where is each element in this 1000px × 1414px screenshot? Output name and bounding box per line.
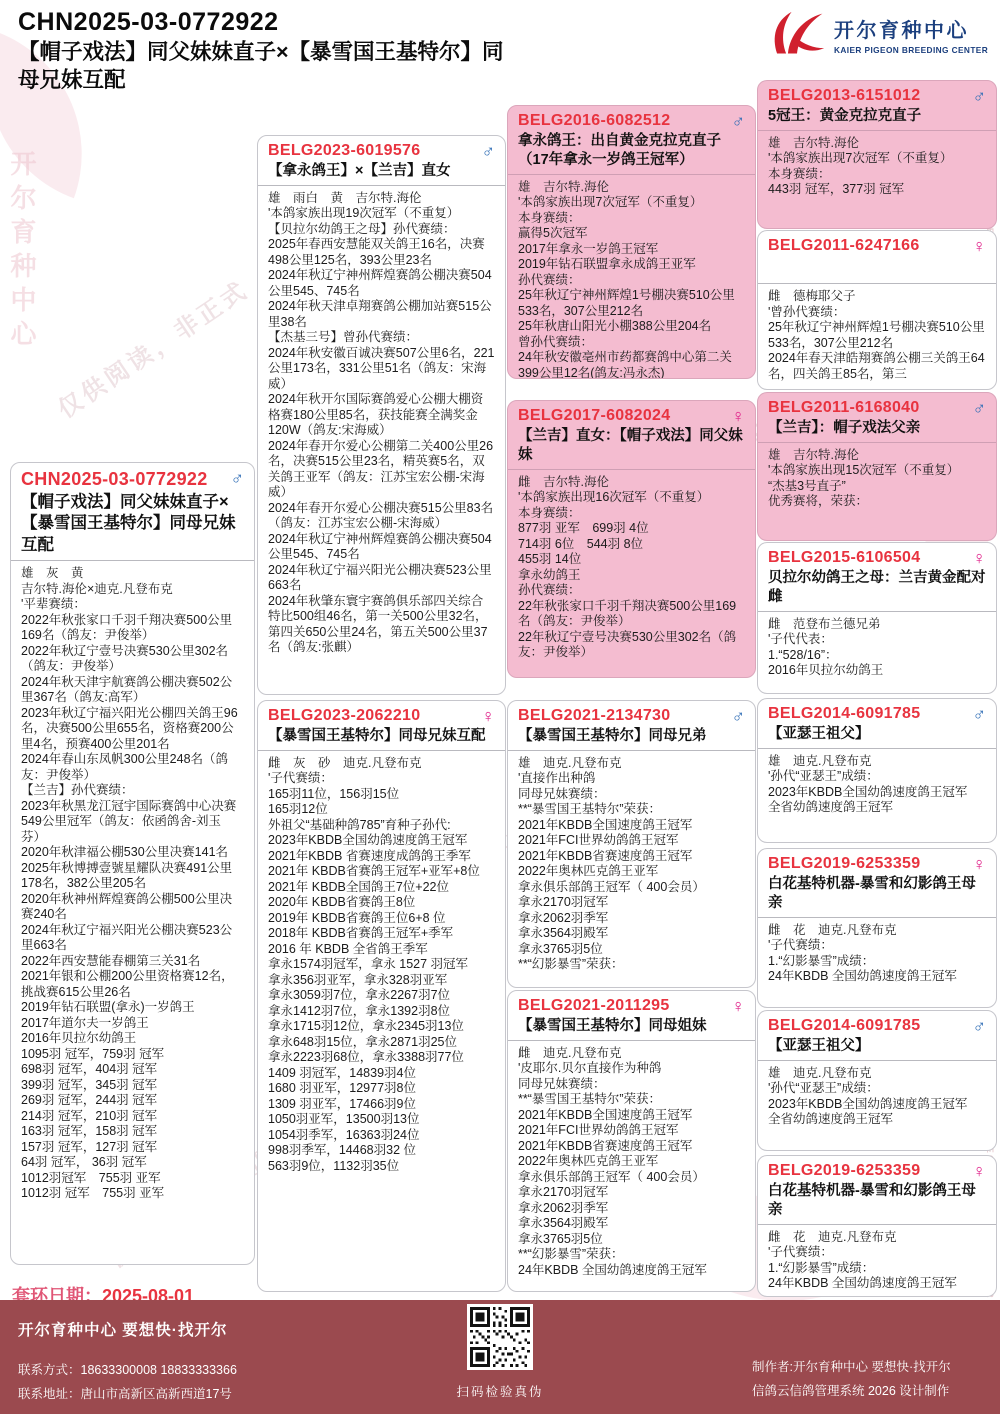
card-title: 拿永鸽王：出自黄金克拉克直子（17年拿永一岁鸽王冠军）	[518, 132, 745, 170]
card-body: 雄 迪克.凡登布克 '直接作出种鸽 同母兄妹赛绩： **“暴雪国王基特尔”荣获：…	[508, 750, 755, 979]
qr-label: 扫码检验真伪	[430, 1382, 570, 1400]
male-icon: ♂	[973, 399, 987, 417]
ring-number: BELG2023-6019576	[268, 142, 420, 160]
maker-line-2: 信鸽云信鸽管理系统 2026 设计制作	[752, 1380, 951, 1404]
ring-number: BELG2021-2134730	[518, 707, 670, 725]
female-icon: ♀	[973, 549, 987, 567]
card-belg2013-6151012: BELG2013-6151012 ♂ 5冠王：黄金克拉克直子 雄 吉尔特.海伦 …	[757, 80, 997, 229]
brand-logo: 开尔育种中心 KAIER PIGEON BREEDING CENTER	[768, 10, 994, 58]
female-icon: ♀	[732, 407, 746, 425]
qr-code	[467, 1304, 533, 1370]
card-title: 【亚瑟王祖父】	[768, 725, 986, 744]
female-icon: ♀	[482, 707, 496, 725]
card-title: 贝拉尔幼鸽王之母：兰吉黄金配对雌	[768, 569, 986, 607]
ring-number: BELG2011-6168040	[768, 399, 920, 417]
kaier-logo-icon	[768, 10, 826, 58]
card-body: 雌 花 迪克.凡登布克 '子代赛绩： 1.“幻影暴雪”成绩： 24年KBDB 全…	[758, 917, 996, 991]
card-belg2021-2134730: BELG2021-2134730 ♂ 【暴雪国王基特尔】同母兄弟 雄 迪克.凡登…	[507, 700, 756, 988]
card-body: 雄 雨白 黄 吉尔特.海伦 '本鸽家族出现19次冠军（不重复） 【贝拉尔幼鸽王之…	[258, 185, 505, 662]
page-title: 【帽子戏法】同父妹妹直子×【暴雪国王基特尔】同母兄妹互配	[18, 39, 510, 94]
card-title	[768, 257, 986, 279]
male-icon: ♂	[482, 142, 496, 160]
card-body: 雌 德梅耶父子 '曾孙代赛绩： 25年秋辽宁神州辉煌1号棚决赛510公里533名…	[758, 283, 996, 388]
card-body: 雌 吉尔特.海伦 '本鸽家族出现16次冠军（不重复） 本身赛绩： 877羽 亚军…	[508, 469, 755, 667]
ring-number: BELG2014-6091785	[768, 1017, 920, 1035]
card-title: 【暴雪国王基特尔】同母兄妹互配	[268, 727, 495, 746]
ring-number: BELG2017-6082024	[518, 407, 670, 425]
card-title: 【暴雪国王基特尔】同母姐妹	[518, 1017, 745, 1036]
female-icon: ♀	[973, 1162, 987, 1180]
ring-number: BELG2016-6082512	[518, 112, 670, 130]
header: CHN2025-03-0772922 【帽子戏法】同父妹妹直子×【暴雪国王基特尔…	[18, 8, 510, 94]
card-title: 【兰吉】：帽子戏法父亲	[768, 419, 986, 438]
card-title: 【帽子戏法】同父妹妹直子×【暴雪国王基特尔】同母兄妹互配	[21, 492, 244, 556]
card-belg2021-2011295: BELG2021-2011295 ♀ 【暴雪国王基特尔】同母姐妹 雌 迪克.凡登…	[507, 990, 756, 1292]
card-body: 雄 吉尔特.海伦 '本鸽家族出现15次冠军（不重复） “杰基3号直子” 优秀赛将…	[758, 442, 996, 516]
card-title: 白花基特机器-暴雪和幻影鸽王母亲	[768, 1182, 986, 1220]
female-icon: ♀	[973, 855, 987, 873]
brand-name-en: KAIER PIGEON BREEDING CENTER	[834, 45, 988, 55]
card-belg2011-6247166: BELG2011-6247166 ♀ 雌 德梅耶父子 '曾孙代赛绩： 25年秋辽…	[757, 230, 997, 390]
male-icon: ♂	[973, 87, 987, 105]
ring-number: BELG2023-2062210	[268, 707, 420, 725]
card-belg2015-6106504: BELG2015-6106504 ♀ 贝拉尔幼鸽王之母：兰吉黄金配对雌 雌 范登…	[757, 542, 997, 694]
card-belg2019-6253359-2: BELG2019-6253359 ♀ 白花基特机器-暴雪和幻影鸽王母亲 雌 花 …	[757, 1155, 997, 1297]
male-icon: ♂	[231, 469, 245, 487]
male-icon: ♂	[732, 112, 746, 130]
ring-number: BELG2019-6253359	[768, 855, 920, 873]
ring-number: BELG2014-6091785	[768, 705, 920, 723]
female-icon: ♀	[973, 237, 987, 255]
card-body: 雄 迪克.凡登布克 '孙代“亚瑟王”成绩： 2023年KBDB全国幼鸽速度鸽王冠…	[758, 748, 996, 822]
card-title: 【暴雪国王基特尔】同母兄弟	[518, 727, 745, 746]
male-icon: ♂	[973, 1017, 987, 1035]
footer-maker: 制作者:开尔育种中心 要想快·找开尔 信鸽云信鸽管理系统 2026 设计制作	[752, 1356, 951, 1404]
ring-number: CHN2025-03-0772922	[21, 469, 208, 490]
pedigree-certificate-page: 仅供阅读，非正式 仅供阅读，非正式 仅供阅读，非正式 仅供阅读，非正式 KAIE…	[0, 0, 1000, 1414]
footer-contact: 联系方式：18633300008 18833333366	[18, 1360, 237, 1378]
page-ring-id: CHN2025-03-0772922	[18, 8, 510, 37]
card-title: 【拿永鸽王】×【兰吉】直女	[268, 162, 495, 181]
ring-number: BELG2013-6151012	[768, 87, 920, 105]
ring-number: BELG2021-2011295	[518, 997, 670, 1015]
card-belg2016-6082512: BELG2016-6082512 ♂ 拿永鸽王：出自黄金克拉克直子（17年拿永一…	[507, 105, 756, 379]
watermark-brand-cn: 开尔育种中心	[4, 150, 41, 354]
card-body: 雄 灰 黄 吉尔特.海伦×迪克.凡登布克 '平辈赛绩： 2022年秋张家口千羽千…	[11, 560, 254, 1208]
card-title: 5冠王：黄金克拉克直子	[768, 107, 986, 126]
ring-number: BELG2015-6106504	[768, 549, 920, 567]
card-title: 白花基特机器-暴雪和幻影鸽王母亲	[768, 875, 986, 913]
watermark-note: 仅供阅读，非正式	[49, 270, 254, 424]
card-body: 雌 迪克.凡登布克 '皮耶尔.贝尔直接作为种鸽 同母兄妹赛绩： **“暴雪国王基…	[508, 1040, 755, 1285]
card-belg2014-6091785: BELG2014-6091785 ♂ 【亚瑟王祖父】 雄 迪克.凡登布克 '孙代…	[757, 698, 997, 843]
footer-slogan: 开尔育种中心 要想快·找开尔	[18, 1318, 227, 1340]
card-belg2014-6091785-2: BELG2014-6091785 ♂ 【亚瑟王祖父】 雄 迪克.凡登布克 '孙代…	[757, 1010, 997, 1151]
card-belg2023-2062210: BELG2023-2062210 ♀ 【暴雪国王基特尔】同母兄妹互配 雌 灰 砂…	[257, 700, 506, 1292]
male-icon: ♂	[973, 705, 987, 723]
ring-number: BELG2019-6253359	[768, 1162, 920, 1180]
footer: 开尔育种中心 要想快·找开尔 联系方式：18633300008 18833333…	[0, 1300, 1000, 1414]
male-icon: ♂	[732, 707, 746, 725]
brand-name-cn: 开尔育种中心	[834, 14, 988, 43]
card-body: 雄 吉尔特.海伦 '本鸽家族出现7次冠军（不重复） 本身赛绩： 443羽 冠军，…	[758, 130, 996, 204]
card-belg2023-6019576: BELG2023-6019576 ♂ 【拿永鸽王】×【兰吉】直女 雄 雨白 黄 …	[257, 135, 506, 695]
ring-number: BELG2011-6247166	[768, 237, 920, 255]
footer-address: 联系地址：唐山市高新区高新西道17号	[18, 1384, 232, 1402]
card-title: 【亚瑟王祖父】	[768, 1037, 986, 1056]
female-icon: ♀	[732, 997, 746, 1015]
card-chn2025-03-0772922: CHN2025-03-0772922 ♂ 【帽子戏法】同父妹妹直子×【暴雪国王基…	[10, 462, 255, 1265]
card-body: 雌 范登布兰德兄弟 '子代代表： 1.“528/16”： 2016年贝拉尔幼鸽王	[758, 611, 996, 685]
card-body: 雌 灰 砂 迪克.凡登布克 '子代赛绩： 165羽11位，156羽15位 165…	[258, 750, 505, 1181]
card-title: 【兰吉】直女：【帽子戏法】同父妹妹	[518, 427, 745, 465]
maker-line-1: 制作者:开尔育种中心 要想快·找开尔	[752, 1356, 951, 1380]
card-belg2019-6253359: BELG2019-6253359 ♀ 白花基特机器-暴雪和幻影鸽王母亲 雌 花 …	[757, 848, 997, 1008]
card-body: 雄 迪克.凡登布克 '孙代“亚瑟王”成绩： 2023年KBDB全国幼鸽速度鸽王冠…	[758, 1060, 996, 1134]
card-body: 雌 花 迪克.凡登布克 '子代赛绩： 1.“幻影暴雪”成绩： 24年KBDB 全…	[758, 1224, 996, 1297]
brand-logo-text: 开尔育种中心 KAIER PIGEON BREEDING CENTER	[834, 14, 988, 55]
card-body: 雄 吉尔特.海伦 '本鸽家族出现7次冠军（不重复） 本身赛绩： 赢得5次冠军 2…	[508, 174, 755, 379]
card-belg2017-6082024: BELG2017-6082024 ♀ 【兰吉】直女：【帽子戏法】同父妹妹 雌 吉…	[507, 400, 756, 678]
card-belg2011-6168040: BELG2011-6168040 ♂ 【兰吉】：帽子戏法父亲 雄 吉尔特.海伦 …	[757, 392, 997, 541]
